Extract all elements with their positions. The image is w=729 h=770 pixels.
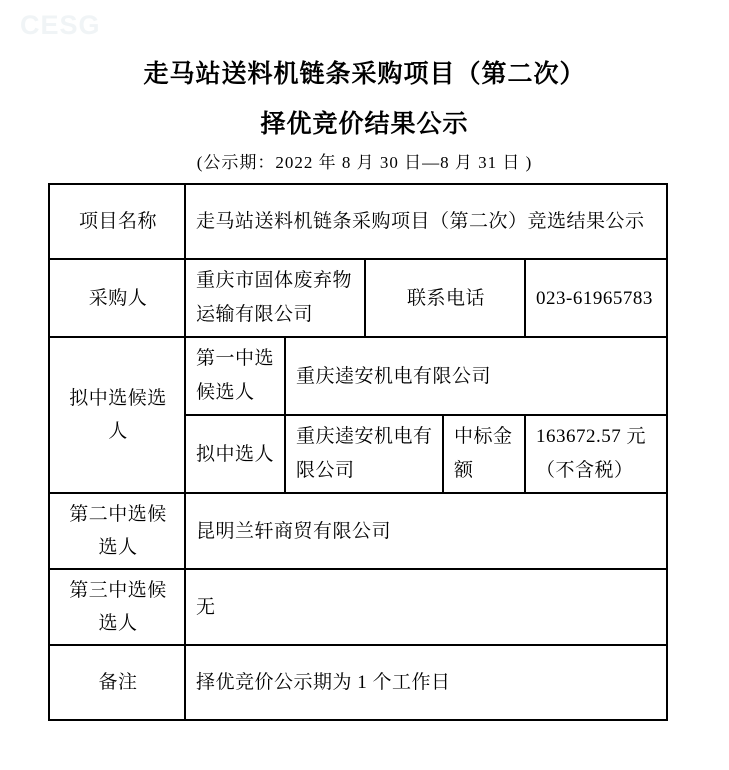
publicity-period: (公示期：2022 年 8 月 30 日—8 月 31 日 ): [0, 150, 729, 176]
candidates-label: 拟中选候选人: [49, 337, 185, 493]
result-table: 项目名称 走马站送料机链条采购项目（第二次）竞选结果公示 采购人 重庆市固体废弃…: [48, 183, 668, 721]
table-row-purchaser: 采购人 重庆市固体废弃物 运输有限公司 联系电话 023-61965783: [49, 259, 667, 337]
bid-amount-value-line1: 163672.57 元: [536, 420, 658, 454]
selected-value-line2: 限公司: [296, 454, 434, 488]
third-candidate-value: 无: [185, 569, 667, 645]
announcement-header: 走马站送料机链条采购项目（第二次） 择优竞价结果公示 (公示期：2022 年 8…: [0, 50, 729, 176]
second-candidate-label: 第二中选候选人: [49, 493, 185, 569]
table-row-project-name: 项目名称 走马站送料机链条采购项目（第二次）竞选结果公示: [49, 184, 667, 259]
bid-amount-label: 中标金 额: [443, 415, 525, 493]
second-candidate-value: 昆明兰轩商贸有限公司: [185, 493, 667, 569]
page-title-line2: 择优竞价结果公示: [0, 100, 729, 150]
project-name-label: 项目名称: [49, 184, 185, 259]
selected-value-line1: 重庆逵安机电有: [296, 420, 434, 454]
first-candidate-label-line1: 第一中选: [196, 342, 276, 376]
table-row-second-candidate: 第二中选候选人 昆明兰轩商贸有限公司: [49, 493, 667, 569]
first-candidate-label-line2: 候选人: [196, 376, 276, 410]
first-candidate-value: 重庆逵安机电有限公司: [285, 337, 667, 415]
remark-label: 备注: [49, 645, 185, 720]
page-title-line1: 走马站送料机链条采购项目（第二次）: [0, 50, 729, 100]
selected-value: 重庆逵安机电有 限公司: [285, 415, 443, 493]
announcement-page: CESG 走马站送料机链条采购项目（第二次） 择优竞价结果公示 (公示期：202…: [0, 0, 729, 770]
bid-amount-label-line2: 额: [454, 454, 516, 488]
bid-amount-value: 163672.57 元 （不含税）: [525, 415, 667, 493]
selected-label: 拟中选人: [185, 415, 285, 493]
purchaser-value-line2: 运输有限公司: [196, 298, 356, 332]
third-candidate-label: 第三中选候选人: [49, 569, 185, 645]
purchaser-value-line1: 重庆市固体废弃物: [196, 264, 356, 298]
purchaser-value: 重庆市固体废弃物 运输有限公司: [185, 259, 365, 337]
first-candidate-label: 第一中选 候选人: [185, 337, 285, 415]
remark-value: 择优竞价公示期为 1 个工作日: [185, 645, 667, 720]
table-row-third-candidate: 第三中选候选人 无: [49, 569, 667, 645]
watermark: CESG: [20, 10, 101, 41]
bid-amount-label-line1: 中标金: [454, 420, 516, 454]
project-name-value: 走马站送料机链条采购项目（第二次）竞选结果公示: [185, 184, 667, 259]
bid-amount-value-line2: （不含税）: [536, 454, 658, 488]
contact-label: 联系电话: [365, 259, 525, 337]
purchaser-label: 采购人: [49, 259, 185, 337]
contact-value: 023-61965783: [525, 259, 667, 337]
table-row-first-candidate: 拟中选候选人 第一中选 候选人 重庆逵安机电有限公司: [49, 337, 667, 415]
table-row-remark: 备注 择优竞价公示期为 1 个工作日: [49, 645, 667, 720]
